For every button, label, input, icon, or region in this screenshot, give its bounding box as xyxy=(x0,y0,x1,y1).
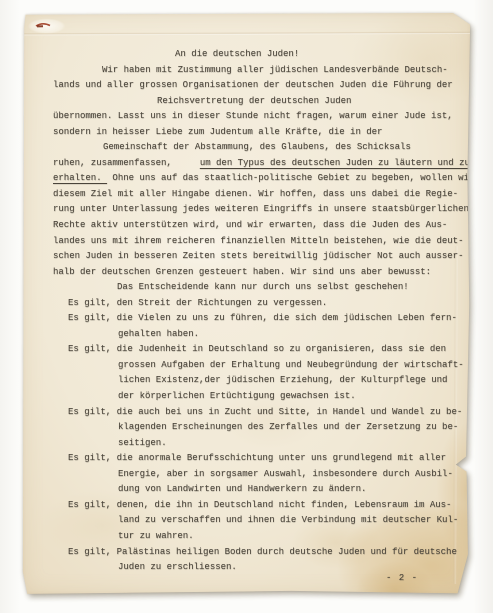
text-segment: An die deutschen Juden! xyxy=(175,49,299,59)
text-segment: dung von Landwirten und Handwerkern zu ä… xyxy=(118,484,366,494)
text-segment: schen Juden in besseren Zeiten stets ber… xyxy=(53,251,463,261)
document-line: Es gilt, die anormale Berufsschichtung u… xyxy=(53,451,467,467)
document-line: diesem Ziel mit aller Hingabe dienen. Wi… xyxy=(53,187,467,203)
document-line: Wir haben mit Zustimmung aller jüdischen… xyxy=(53,63,467,79)
document-line: Reichsvertretung der deutschen Juden xyxy=(53,94,467,110)
text-segment: gehalten haben. xyxy=(118,329,199,339)
text-segment: tur zu wahren. xyxy=(118,531,194,541)
document-line: Es gilt, die Vielen zu uns zu führen, di… xyxy=(53,311,467,327)
text-segment: der körperlichen Ertüchtigung gewachsen … xyxy=(118,391,356,401)
text-segment: Wir haben mit Zustimmung aller jüdischen… xyxy=(102,65,448,75)
text-segment: ruhen, zusammenfassen, xyxy=(53,158,172,168)
document-line: dung von Landwirten und Handwerkern zu ä… xyxy=(53,482,467,498)
document-line: übernommen. Lasst uns in dieser Stunde n… xyxy=(53,109,467,125)
text-segment: seitigen. xyxy=(118,438,167,448)
text-segment: rung unter Unterlassung jedes weiteren E… xyxy=(53,204,469,214)
document-line: klagenden Erscheinungen des Zerfalles un… xyxy=(53,420,467,436)
document-line: erhalten. Ohne uns auf das staatlich-pol… xyxy=(53,171,467,187)
document-title: An die deutschen Juden! xyxy=(53,47,467,63)
text-segment: klagenden Erscheinungen des Zerfalles un… xyxy=(118,422,458,432)
page-number: - 2 - xyxy=(386,571,418,586)
text-segment: diesem Ziel mit aller Hingabe dienen. Wi… xyxy=(53,189,458,199)
document-line: rung unter Unterlassung jedes weiteren E… xyxy=(53,202,467,218)
text-segment: lichen Existenz,der jüdischen Erziehung,… xyxy=(118,375,447,385)
document-line: landes uns mit ihrem reicheren finanziel… xyxy=(53,234,467,250)
document-line: grossen Aufgaben der Erhaltung und Neube… xyxy=(53,358,467,374)
document-line: Es gilt, Palästinas heiligen Boden durch… xyxy=(53,545,467,561)
document-line: lands und aller grossen Organisationen d… xyxy=(53,78,467,94)
text-segment: halb der deutschen Grenzen gesteuert hab… xyxy=(53,267,431,277)
text-segment: Energie, aber in sorgsamer Auswahl, insb… xyxy=(118,469,453,479)
text-segment: Es gilt, den Streit der Richtungen zu ve… xyxy=(68,298,327,308)
typewritten-page: An die deutschen Juden!Wir haben mit Zus… xyxy=(22,13,471,595)
text-segment: Juden zu erschliessen. xyxy=(118,562,237,572)
document-line: der körperlichen Ertüchtigung gewachsen … xyxy=(53,389,467,405)
text-segment: Es gilt, die anormale Berufsschichtung u… xyxy=(68,453,446,463)
text-segment: grossen Aufgaben der Erhaltung und Neube… xyxy=(118,360,464,370)
document-text: An die deutschen Juden!Wir haben mit Zus… xyxy=(53,47,467,576)
scanned-page-background: An die deutschen Juden!Wir haben mit Zus… xyxy=(0,0,493,613)
text-segment: land zu verschaffen und ihnen die Verbin… xyxy=(118,515,458,525)
text-segment: Rechte aktiv unterstützen wird, und wir … xyxy=(53,220,447,230)
document-line: seitigen. xyxy=(53,436,467,452)
text-segment: Es gilt, die auch bei uns in Zucht und S… xyxy=(68,407,462,417)
text-segment: Reichsvertretung der deutschen Juden xyxy=(157,96,351,106)
document-line: Gemeinschaft der Abstammung, des Glauben… xyxy=(53,140,467,156)
text-segment: Ohne uns auf das staatlich-politische Ge… xyxy=(107,173,474,183)
document-line: lichen Existenz,der jüdischen Erziehung,… xyxy=(53,373,467,389)
underlined-text: um den Typus des deutschen Juden zu läut… xyxy=(200,158,470,168)
text-segment: Es gilt, die Judenheit in Deutschland so… xyxy=(68,344,446,354)
document-line: schen Juden in besseren Zeiten stets ber… xyxy=(53,249,467,265)
document-line: halb der deutschen Grenzen gesteuert hab… xyxy=(53,265,467,281)
document-line: Energie, aber in sorgsamer Auswahl, insb… xyxy=(53,467,467,483)
document-line: Das Entscheidende kann nur durch uns sel… xyxy=(53,280,467,296)
document-line: Rechte aktiv unterstützen wird, und wir … xyxy=(53,218,467,234)
document-line: ruhen, zusammenfassen,um den Typus des d… xyxy=(53,156,467,172)
underlined-text: erhalten. xyxy=(53,173,107,183)
document-line: gehalten haben. xyxy=(53,327,467,343)
document-line: land zu verschaffen und ihnen die Verbin… xyxy=(53,513,467,529)
text-segment: sondern in heisser Liebe zum Judentum al… xyxy=(53,127,382,137)
document-line: Es gilt, den Streit der Richtungen zu ve… xyxy=(53,296,467,312)
text-segment: Das Entscheidende kann nur durch uns sel… xyxy=(117,282,409,292)
horizontal-crease xyxy=(22,31,471,36)
text-segment: Es gilt, denen, die ihn in Deutschland n… xyxy=(68,500,451,510)
text-segment: lands und aller grossen Organisationen d… xyxy=(53,80,453,90)
document-line: sondern in heisser Liebe zum Judentum al… xyxy=(53,125,467,141)
document-line: Es gilt, denen, die ihn in Deutschland n… xyxy=(53,498,467,514)
document-line: tur zu wahren. xyxy=(53,529,467,545)
red-pencil-mark-icon xyxy=(34,19,64,31)
paper-sheet: An die deutschen Juden!Wir haben mit Zus… xyxy=(22,13,471,595)
text-segment: übernommen. Lasst uns in dieser Stunde n… xyxy=(53,111,453,121)
text-segment: Es gilt, die Vielen zu uns zu führen, di… xyxy=(68,313,457,323)
document-line: Es gilt, die auch bei uns in Zucht und S… xyxy=(53,405,467,421)
text-segment: Es gilt, Palästinas heiligen Boden durch… xyxy=(68,547,457,557)
red-pencil-mark xyxy=(26,14,72,36)
text-segment: landes uns mit ihrem reicheren finanziel… xyxy=(53,236,463,246)
text-segment: Gemeinschaft der Abstammung, des Glauben… xyxy=(103,142,411,152)
document-line: Es gilt, die Judenheit in Deutschland so… xyxy=(53,342,467,358)
